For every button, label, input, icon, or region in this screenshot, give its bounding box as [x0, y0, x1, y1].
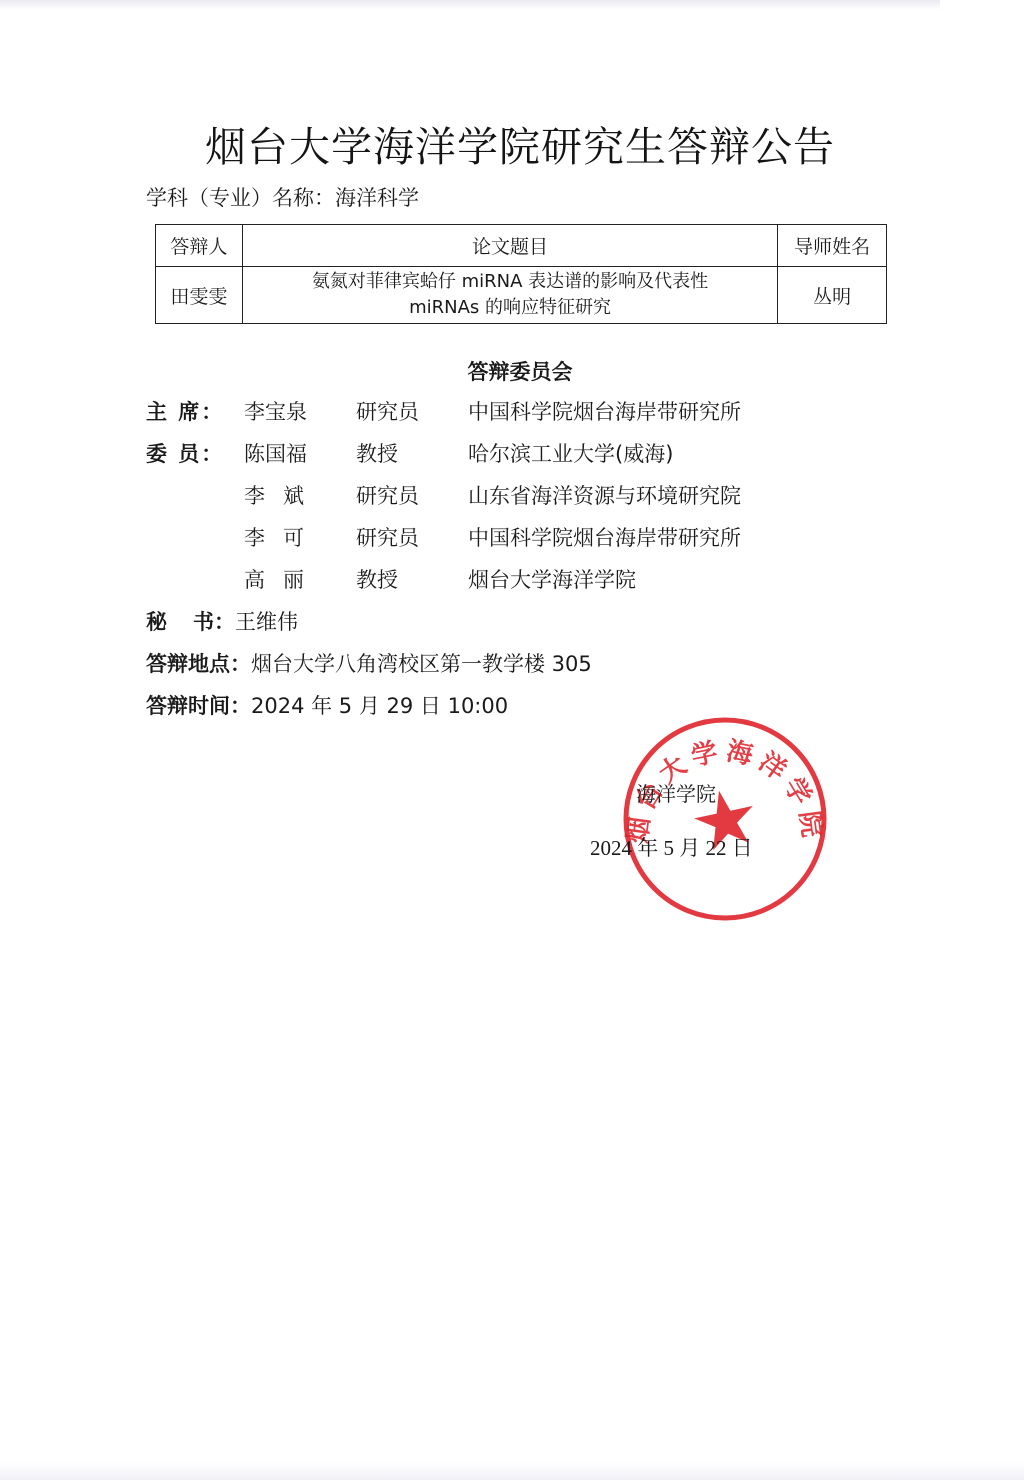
scan-edge-top	[0, 0, 940, 10]
scan-edge-bottom	[0, 1462, 1024, 1480]
location-value: 烟台大学八角湾校区第一教学楼 305	[251, 652, 592, 676]
member-name: 李斌	[244, 480, 322, 510]
time-value: 2024 年 5 月 29 日 10:00	[251, 694, 508, 718]
member-role: 委 员：	[146, 438, 224, 468]
member-org: 中国科学院烟台海岸带研究所	[468, 396, 741, 426]
subject-line: 学科（专业）名称：海洋科学	[146, 182, 419, 212]
member-rank: 研究员	[356, 480, 419, 510]
member-name: 李宝泉	[244, 396, 307, 426]
secretary-label-part2: 书：	[193, 610, 235, 634]
header-student: 答辩人	[156, 225, 243, 267]
secretary-name: 王维伟	[235, 610, 298, 634]
location-line: 答辩地点：烟台大学八角湾校区第一教学楼 305	[146, 648, 592, 678]
signature-date: 2024 年 5 月 22 日	[590, 832, 753, 862]
thesis-line-1: 氨氮对菲律宾蛤仔 miRNA 表达谱的影响及代表性	[243, 269, 778, 295]
member-rank: 研究员	[356, 396, 419, 426]
defense-table: 答辩人 论文题目 导师姓名 田雯雯 氨氮对菲律宾蛤仔 miRNA 表达谱的影响及…	[155, 224, 887, 324]
member-org: 哈尔滨工业大学(威海)	[468, 438, 673, 468]
thesis-line-2: miRNAs 的响应特征研究	[243, 295, 778, 321]
member-rank: 教授	[356, 564, 398, 594]
official-seal-icon: 烟台大学海洋学院	[622, 716, 828, 922]
secretary-label: 秘书：	[146, 610, 235, 634]
time-line: 答辩时间：2024 年 5 月 29 日 10:00	[146, 690, 508, 720]
cell-thesis: 氨氮对菲律宾蛤仔 miRNA 表达谱的影响及代表性 miRNAs 的响应特征研究	[242, 267, 778, 324]
header-thesis: 论文题目	[242, 225, 778, 267]
member-name: 李可	[244, 522, 322, 552]
location-label: 答辩地点：	[146, 652, 251, 676]
subject-value: 海洋科学	[335, 186, 419, 210]
member-name: 陈国福	[244, 438, 307, 468]
member-role: 主 席：	[146, 396, 224, 426]
secretary-label-part1: 秘	[146, 610, 167, 634]
secretary-line: 秘书：王维伟	[146, 606, 298, 636]
member-name: 高丽	[244, 564, 322, 594]
cell-student: 田雯雯	[156, 267, 243, 324]
cell-advisor: 丛明	[778, 267, 887, 324]
member-org: 中国科学院烟台海岸带研究所	[468, 522, 741, 552]
table-header-row: 答辩人 论文题目 导师姓名	[156, 225, 887, 267]
committee-heading: 答辩委员会	[0, 356, 1024, 386]
signature-org: 海洋学院	[636, 778, 716, 807]
member-org: 烟台大学海洋学院	[468, 564, 636, 594]
document-title: 烟台大学海洋学院研究生答辩公告	[0, 114, 1024, 173]
subject-label: 学科（专业）名称：	[146, 186, 335, 210]
member-org: 山东省海洋资源与环境研究院	[468, 480, 741, 510]
time-label: 答辩时间：	[146, 694, 251, 718]
table-row: 田雯雯 氨氮对菲律宾蛤仔 miRNA 表达谱的影响及代表性 miRNAs 的响应…	[156, 267, 887, 324]
member-rank: 研究员	[356, 522, 419, 552]
header-advisor: 导师姓名	[778, 225, 887, 267]
member-rank: 教授	[356, 438, 398, 468]
